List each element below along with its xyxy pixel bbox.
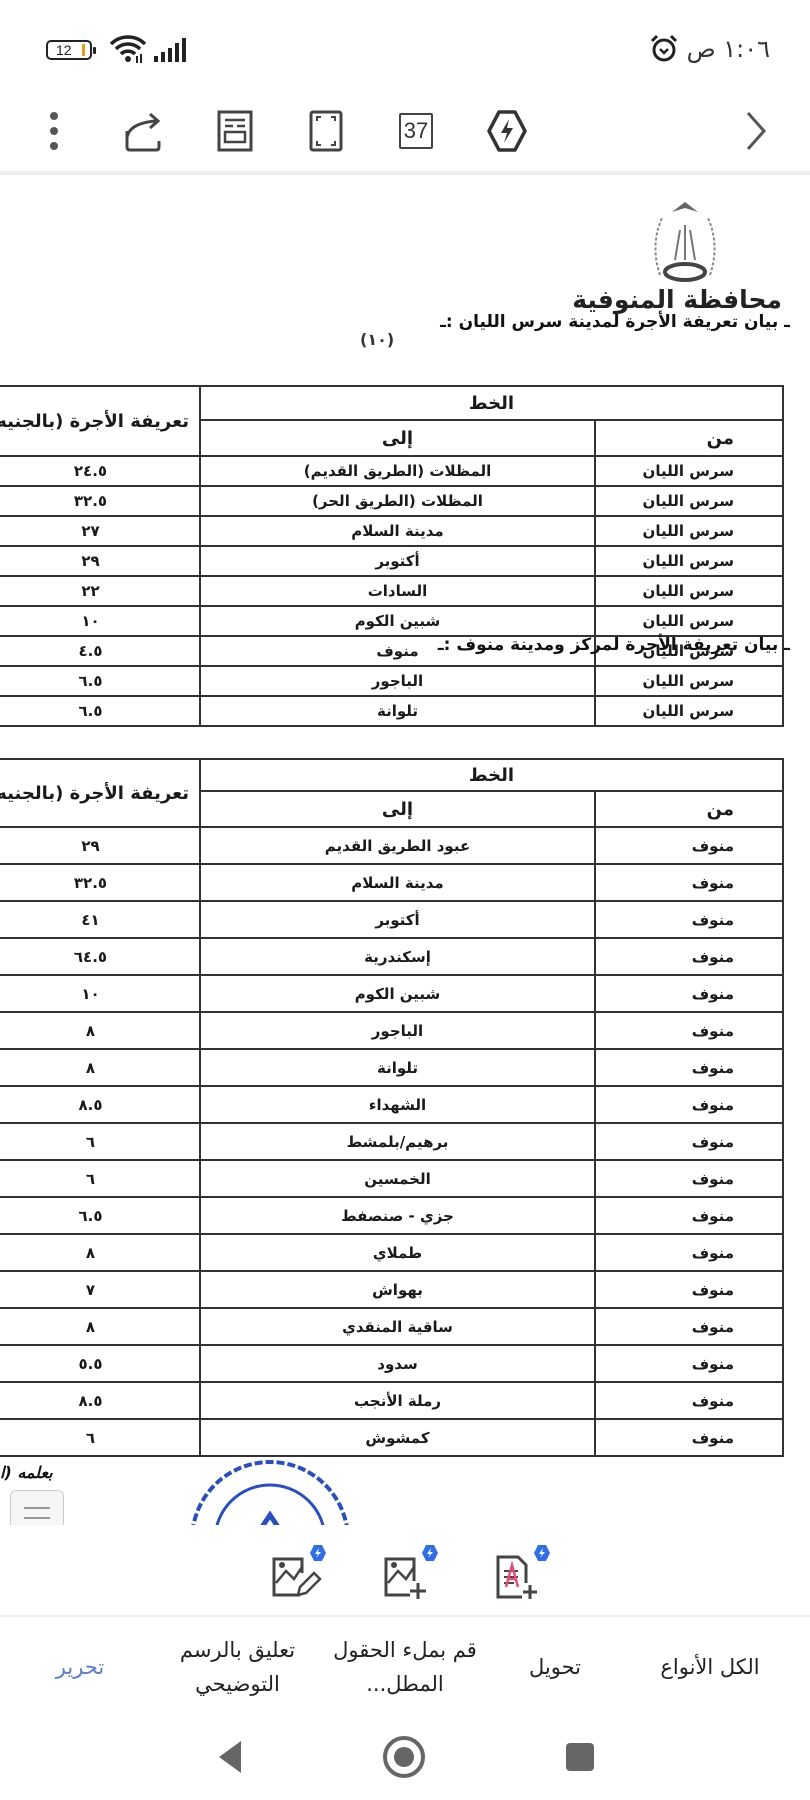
recents-square-icon (564, 1741, 596, 1773)
forward-button[interactable] (732, 107, 780, 155)
cell-from: منوف (595, 827, 783, 864)
cell-from: منوف (595, 1382, 783, 1419)
cell-to: طملاي (200, 1234, 595, 1271)
cell-fare: ٦ (0, 1123, 200, 1160)
page-number: (١٠) (360, 330, 394, 349)
cell-from: سرس الليان (595, 456, 783, 486)
cell-from: سرس الليان (595, 516, 783, 546)
cell-fare: ٦.٥ (0, 666, 200, 696)
cell-to: تلوانة (200, 696, 595, 726)
tab-annotate[interactable]: تعليق بالرسم التوضيحي (160, 1617, 315, 1717)
cell-from: منوف (595, 975, 783, 1012)
cell-fare: ٦ (0, 1419, 200, 1456)
header-to: إلى (200, 791, 595, 827)
cell-from: منوف (595, 1308, 783, 1345)
header-line: الخط (200, 386, 783, 420)
cell-to: سدود (200, 1345, 595, 1382)
system-nav-bar (0, 1715, 810, 1800)
quick-tools (0, 1525, 810, 1615)
cell-to: مدينة السلام (200, 516, 595, 546)
edit-image-icon (268, 1543, 328, 1603)
page-count-icon: 37 (399, 113, 433, 149)
table-row: منوفالشهداء٨.٥ (0, 1086, 783, 1123)
section-title-menouf: ـ بيان تعريفة الأجرة لمركز ومدينة منوف :… (438, 635, 790, 655)
add-text-document-button[interactable] (492, 1543, 552, 1603)
recents-button[interactable] (550, 1727, 610, 1787)
reader-mode-button[interactable] (211, 107, 259, 155)
table-row: منوفتلوانة٨ (0, 1049, 783, 1086)
table-row: منوفالخمسين٦ (0, 1160, 783, 1197)
back-button[interactable] (200, 1727, 260, 1787)
tab-convert[interactable]: تحويل (500, 1617, 610, 1717)
cell-fare: ٢٩ (0, 546, 200, 576)
table-row: سرس الليانمدينة السلام٢٧ (0, 516, 783, 546)
cell-fare: ٨.٥ (0, 1382, 200, 1419)
cell-to: المظلات (الطريق القديم) (200, 456, 595, 486)
footnote-text: بعلمه (ا (0, 1463, 53, 1482)
cell-fare: ٢٩ (0, 827, 200, 864)
header-from: من (595, 791, 783, 827)
share-button[interactable] (120, 107, 168, 155)
cell-to: المظلات (الطريق الحر) (200, 486, 595, 516)
battery-level: 12 (56, 42, 72, 58)
table-row: سرس الليانالمظلات (الطريق الحر)٣٢.٥ (0, 486, 783, 516)
cell-to: جزي - صنصفط (200, 1197, 595, 1234)
signal-icon (152, 38, 190, 62)
cell-fare: ٢٧ (0, 516, 200, 546)
battery-icon: 12 (46, 40, 92, 60)
header-to: إلى (200, 420, 595, 456)
cell-to: مدينة السلام (200, 864, 595, 901)
cell-to: الخمسين (200, 1160, 595, 1197)
cell-from: سرس الليان (595, 606, 783, 636)
table-row: سرس الليانتلوانة٦.٥ (0, 696, 783, 726)
table-row: منوفطملاي٨ (0, 1234, 783, 1271)
status-bar: 12 ١:٠٦ ص (0, 0, 810, 95)
cell-from: سرس الليان (595, 486, 783, 516)
table-row: منوفبهواش٧ (0, 1271, 783, 1308)
table-row: منوفإسكندرية٦٤.٥ (0, 938, 783, 975)
table-row: منوفسدود٥.٥ (0, 1345, 783, 1382)
cell-from: سرس الليان (595, 546, 783, 576)
ai-tools-button[interactable] (483, 107, 531, 155)
scroll-handle[interactable] (10, 1490, 64, 1525)
table-row: سرس الليانشبين الكوم١٠ (0, 606, 783, 636)
header-fare: تعريفة الأجرة (بالجنيه) (0, 386, 200, 456)
cell-to: الباجور (200, 1012, 595, 1049)
add-image-icon (380, 1543, 440, 1603)
cell-from: سرس الليان (595, 666, 783, 696)
fullscreen-icon (309, 110, 343, 152)
cell-fare: ٦.٥ (0, 1197, 200, 1234)
cell-fare: ٦٤.٥ (0, 938, 200, 975)
cell-to: شبين الكوم (200, 975, 595, 1012)
cell-fare: ٥.٥ (0, 1345, 200, 1382)
section-title-sers-ellayan: ـ بيان تعريفة الأجرة لمدينة سرس الليان :… (440, 312, 790, 332)
cell-fare: ٣٢.٥ (0, 486, 200, 516)
cell-fare: ١٠ (0, 975, 200, 1012)
cell-fare: ٣٢.٥ (0, 864, 200, 901)
page-count-button[interactable]: 37 (392, 107, 440, 155)
wifi-icon (108, 34, 148, 64)
table-row: منوفرملة الأنجب٨.٥ (0, 1382, 783, 1419)
cell-fare: ٢٤.٥ (0, 456, 200, 486)
cell-to: رملة الأنجب (200, 1382, 595, 1419)
cell-from: سرس الليان (595, 696, 783, 726)
cell-fare: ٦.٥ (0, 696, 200, 726)
forward-chevron-icon (744, 109, 768, 153)
table-row: منوفبرهيم/بلمشط٦ (0, 1123, 783, 1160)
cell-fare: ١٠ (0, 606, 200, 636)
more-options-button[interactable] (30, 107, 78, 155)
home-button[interactable] (374, 1727, 434, 1787)
table-row: منوفكمشوش٦ (0, 1419, 783, 1456)
cell-fare: ٨ (0, 1308, 200, 1345)
cell-from: منوف (595, 1123, 783, 1160)
table-row: سرس الليانأكتوبر٢٩ (0, 546, 783, 576)
cell-fare: ٨ (0, 1234, 200, 1271)
reader-mode-icon (217, 110, 253, 152)
cell-fare: ٧ (0, 1271, 200, 1308)
table-row: منوفساقية المنقدي٨ (0, 1308, 783, 1345)
cell-to: تلوانة (200, 1049, 595, 1086)
table-row: سرس الليانالسادات٢٢ (0, 576, 783, 606)
add-image-button[interactable] (380, 1543, 440, 1603)
tab-fill-fields[interactable]: قم بملء الحقول المطل... (320, 1617, 490, 1717)
cell-from: منوف (595, 1345, 783, 1382)
cell-to: الشهداء (200, 1086, 595, 1123)
share-icon (122, 109, 166, 153)
table-row: منوفجزي - صنصفط٦.٥ (0, 1197, 783, 1234)
cell-from: منوف (595, 1049, 783, 1086)
cell-fare: ٦ (0, 1160, 200, 1197)
edit-image-button[interactable] (268, 1543, 328, 1603)
governorate-name: محافظة المنوفية (572, 285, 782, 314)
cell-from: منوف (595, 1086, 783, 1123)
cell-from: منوف (595, 938, 783, 975)
header-from: من (595, 420, 783, 456)
more-vert-icon (49, 111, 59, 151)
governorate-emblem-icon (640, 200, 730, 290)
official-stamp-icon (180, 1445, 360, 1525)
cell-to: أكتوبر (200, 901, 595, 938)
cell-from: منوف (595, 1419, 783, 1456)
cell-to: بهواش (200, 1271, 595, 1308)
back-triangle-icon (215, 1739, 245, 1775)
cell-to: ساقية المنقدي (200, 1308, 595, 1345)
cell-from: سرس الليان (595, 576, 783, 606)
cell-fare: ٨ (0, 1012, 200, 1049)
cell-from: منوف (595, 1160, 783, 1197)
document-page[interactable]: محافظة المنوفية (١٠) ـ بيان تعريفة الأجر… (0, 180, 810, 1525)
alarm-icon (649, 34, 679, 64)
header-fare: تعريفة الأجرة (بالجنيه) (0, 759, 200, 827)
cell-from: منوف (595, 1012, 783, 1049)
cell-fare: ٨.٥ (0, 1086, 200, 1123)
fare-table-menouf: الخط تعريفة الأجرة (بالجنيه) من إلى منوف… (0, 758, 784, 1457)
time-text: ١:٠٦ ص (687, 35, 770, 63)
table-row: سرس الليانالباجور٦.٥ (0, 666, 783, 696)
cell-fare: ٨ (0, 1049, 200, 1086)
ai-bolt-icon (487, 109, 527, 153)
viewer-toolbar: 37 (0, 95, 810, 175)
fullscreen-button[interactable] (302, 107, 350, 155)
home-circle-icon (382, 1735, 426, 1779)
fare-table-sers-ellayan: الخط تعريفة الأجرة (بالجنيه) من إلى سرس … (0, 385, 784, 727)
cell-fare: ٤.٥ (0, 636, 200, 666)
cell-from: منوف (595, 1197, 783, 1234)
cell-fare: ٤١ (0, 901, 200, 938)
cell-from: منوف (595, 864, 783, 901)
table-row: منوفشبين الكوم١٠ (0, 975, 783, 1012)
clock: ١:٠٦ ص (649, 34, 770, 64)
cell-fare: ٢٢ (0, 576, 200, 606)
cell-to: السادات (200, 576, 595, 606)
table-row: منوفمدينة السلام٣٢.٥ (0, 864, 783, 901)
table-row: منوفعبود الطريق القديم٢٩ (0, 827, 783, 864)
cell-to: أكتوبر (200, 546, 595, 576)
cell-from: منوف (595, 901, 783, 938)
cell-to: الباجور (200, 666, 595, 696)
bottom-tabs: الكل الأنواع تحويل قم بملء الحقول المطل.… (0, 1615, 810, 1715)
cell-from: منوف (595, 1271, 783, 1308)
add-text-document-icon (492, 1543, 552, 1603)
cell-to: عبود الطريق القديم (200, 827, 595, 864)
cell-to: برهيم/بلمشط (200, 1123, 595, 1160)
table-row: منوفالباجور٨ (0, 1012, 783, 1049)
tab-all-types[interactable]: الكل الأنواع (630, 1617, 790, 1717)
cell-from: منوف (595, 1234, 783, 1271)
table-row: سرس الليانالمظلات (الطريق القديم)٢٤.٥ (0, 456, 783, 486)
header-line: الخط (200, 759, 783, 791)
cell-to: إسكندرية (200, 938, 595, 975)
cell-to: شبين الكوم (200, 606, 595, 636)
tab-edit[interactable]: تحرير (15, 1617, 145, 1717)
table-row: منوفأكتوبر٤١ (0, 901, 783, 938)
